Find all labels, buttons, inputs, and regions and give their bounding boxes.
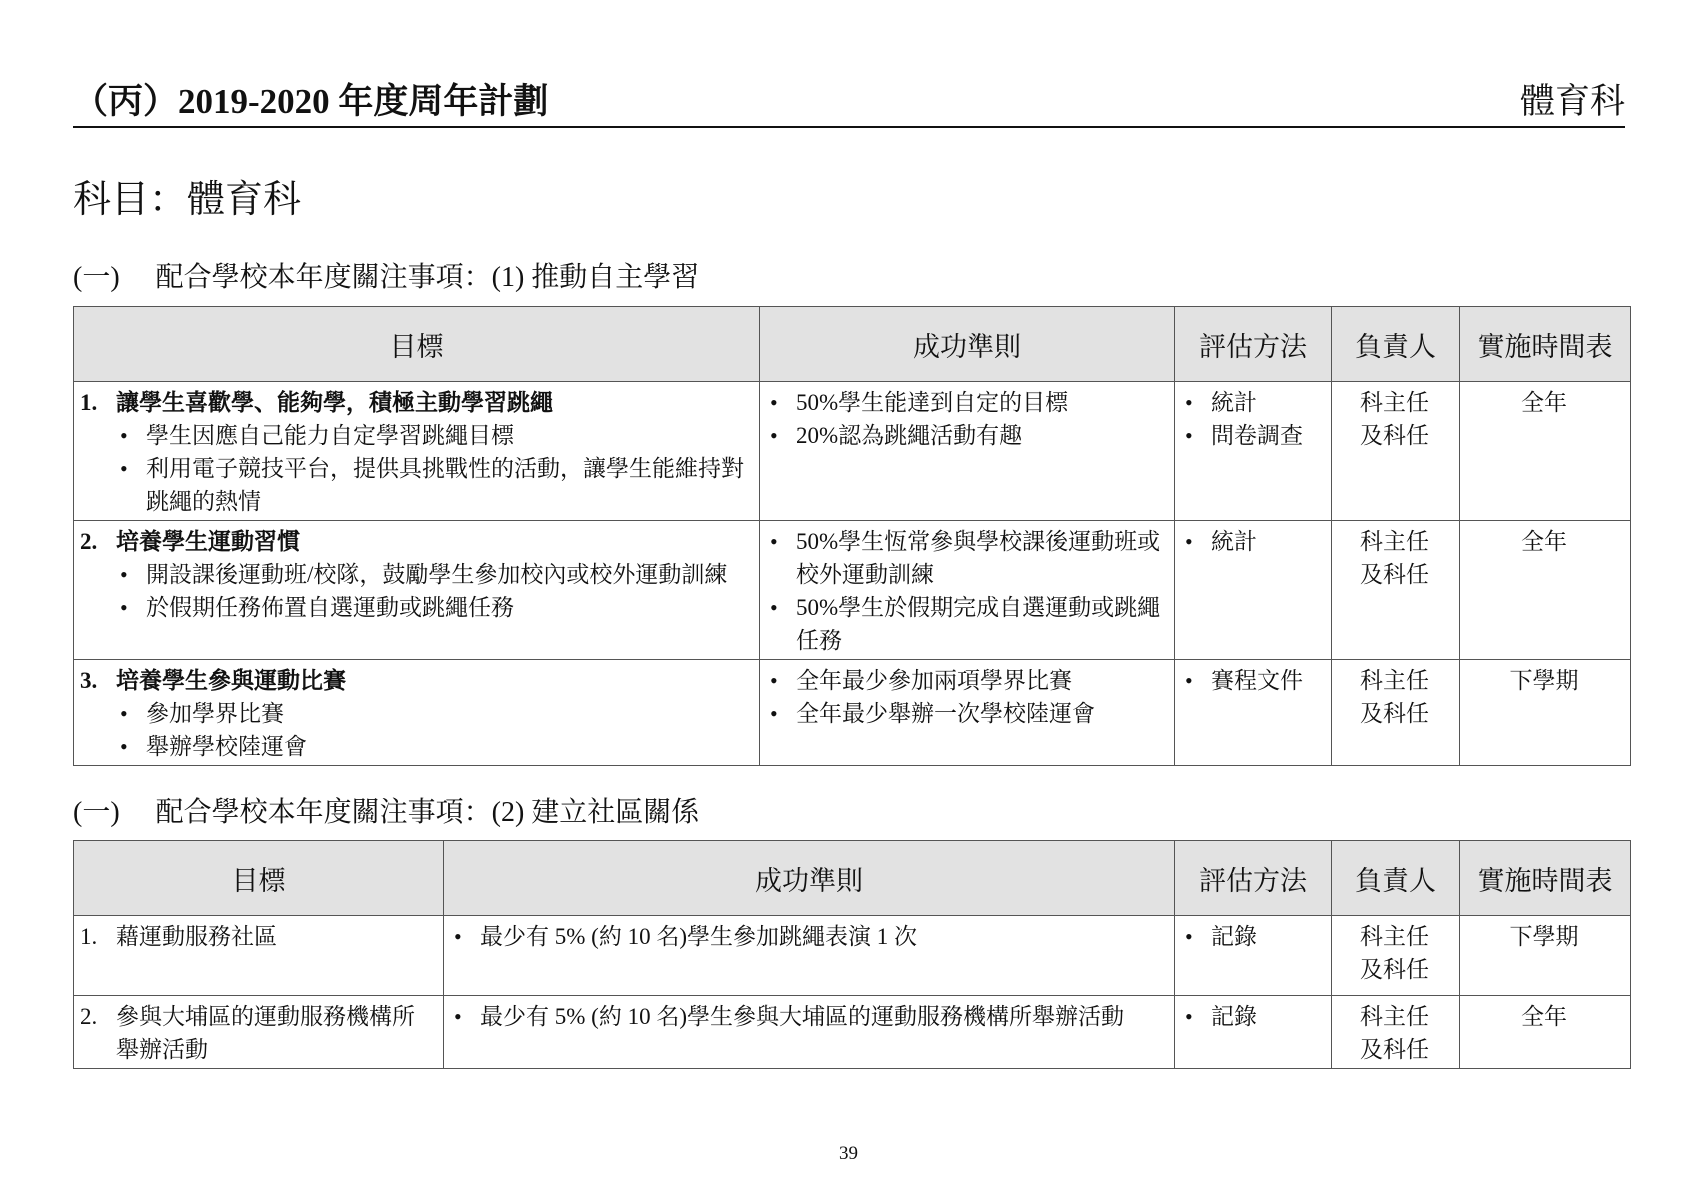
goal-point: 學生因應自己能力自定學習跳繩目標	[116, 419, 751, 452]
goal-cell: 2.參與大埔區的運動服務機構所舉辦活動	[74, 996, 444, 1069]
col-header-goal: 目標	[74, 841, 444, 916]
col-header-goal: 目標	[74, 307, 760, 382]
goal-point: 利用電子競技平台，提供具挑戰性的活動，讓學生能維持對跳繩的熱情	[116, 452, 751, 518]
goal-title: 培養學生運動習慣	[116, 525, 300, 558]
section-heading-1: (一) 配合學校本年度關注事項：(1) 推動自主學習	[73, 255, 699, 295]
goal-title: 參與大埔區的運動服務機構所舉辦活動	[116, 1000, 435, 1066]
col-header-criteria: 成功準則	[444, 841, 1175, 916]
responsible-cell: 科主任 及科任	[1332, 916, 1460, 996]
section-prefix: (一)	[73, 797, 120, 828]
section-title: 配合學校本年度關注事項：(1) 推動自主學習	[156, 262, 700, 293]
responsible-cell: 科主任 及科任	[1332, 521, 1460, 660]
page-header: （丙）2019-2020 年度周年計劃 體育科	[73, 86, 1625, 128]
col-header-evaluation: 評估方法	[1175, 841, 1332, 916]
table-header-row: 目標 成功準則 評估方法 負責人 實施時間表	[74, 307, 1631, 382]
criteria-cell: 最少有 5% (約 10 名)學生參與大埔區的運動服務機構所舉辦活動	[444, 996, 1175, 1069]
evaluation-cell: 統計	[1175, 521, 1332, 660]
section-heading-2: (一) 配合學校本年度關注事項：(2) 建立社區關係	[73, 790, 699, 830]
page-number: 39	[0, 1143, 1697, 1165]
goal-point: 開設課後運動班/校隊，鼓勵學生參加校內或校外運動訓練	[116, 558, 751, 591]
header-subject: 體育科	[1520, 74, 1625, 124]
section-title: 配合學校本年度關注事項：(2) 建立社區關係	[156, 797, 700, 828]
criteria-item: 全年最少參加兩項學界比賽	[766, 664, 1166, 697]
schedule-cell: 全年	[1460, 996, 1631, 1069]
table-row: 1.讓學生喜歡學、能夠學，積極主動學習跳繩 學生因應自己能力自定學習跳繩目標 利…	[74, 382, 1631, 521]
col-header-responsible: 負責人	[1332, 307, 1460, 382]
criteria-cell: 最少有 5% (約 10 名)學生參加跳繩表演 1 次	[444, 916, 1175, 996]
subject-line: 科目：體育科	[73, 168, 301, 223]
goal-cell: 1.讓學生喜歡學、能夠學，積極主動學習跳繩 學生因應自己能力自定學習跳繩目標 利…	[74, 382, 760, 521]
criteria-cell: 全年最少參加兩項學界比賽 全年最少舉辦一次學校陸運會	[760, 660, 1175, 766]
col-header-schedule: 實施時間表	[1460, 307, 1631, 382]
plan-table-1: 目標 成功準則 評估方法 負責人 實施時間表 1.讓學生喜歡學、能夠學，積極主動…	[73, 306, 1631, 766]
responsible-cell: 科主任 及科任	[1332, 996, 1460, 1069]
table-row: 2.參與大埔區的運動服務機構所舉辦活動 最少有 5% (約 10 名)學生參與大…	[74, 996, 1631, 1069]
evaluation-item: 記錄	[1181, 1000, 1323, 1033]
evaluation-cell: 賽程文件	[1175, 660, 1332, 766]
document-title: （丙）2019-2020 年度周年計劃	[73, 74, 548, 124]
table-header-row: 目標 成功準則 評估方法 負責人 實施時間表	[74, 841, 1631, 916]
col-header-responsible: 負責人	[1332, 841, 1460, 916]
criteria-item: 50%學生於假期完成自選運動或跳繩任務	[766, 591, 1166, 657]
goal-cell: 1.藉運動服務社區	[74, 916, 444, 996]
schedule-cell: 下學期	[1460, 660, 1631, 766]
table-row: 2.培養學生運動習慣 開設課後運動班/校隊，鼓勵學生參加校內或校外運動訓練 於假…	[74, 521, 1631, 660]
criteria-cell: 50%學生能達到自定的目標 20%認為跳繩活動有趣	[760, 382, 1175, 521]
goal-point: 參加學界比賽	[116, 697, 751, 730]
schedule-cell: 全年	[1460, 382, 1631, 521]
criteria-item: 全年最少舉辦一次學校陸運會	[766, 697, 1166, 730]
goal-point: 舉辦學校陸運會	[116, 730, 751, 763]
evaluation-cell: 記錄	[1175, 916, 1332, 996]
criteria-item: 20%認為跳繩活動有趣	[766, 419, 1166, 452]
evaluation-item: 賽程文件	[1181, 664, 1323, 697]
goal-cell: 3.培養學生參與運動比賽 參加學界比賽 舉辦學校陸運會	[74, 660, 760, 766]
schedule-cell: 全年	[1460, 521, 1631, 660]
section-prefix: (一)	[73, 262, 120, 293]
responsible-cell: 科主任 及科任	[1332, 382, 1460, 521]
col-header-criteria: 成功準則	[760, 307, 1175, 382]
goal-title: 藉運動服務社區	[116, 920, 277, 953]
criteria-cell: 50%學生恆常參與學校課後運動班或校外運動訓練 50%學生於假期完成自選運動或跳…	[760, 521, 1175, 660]
evaluation-cell: 記錄	[1175, 996, 1332, 1069]
col-header-schedule: 實施時間表	[1460, 841, 1631, 916]
criteria-item: 50%學生能達到自定的目標	[766, 386, 1166, 419]
schedule-cell: 下學期	[1460, 916, 1631, 996]
plan-table-2: 目標 成功準則 評估方法 負責人 實施時間表 1.藉運動服務社區 最少有 5% …	[73, 840, 1631, 1069]
goal-cell: 2.培養學生運動習慣 開設課後運動班/校隊，鼓勵學生參加校內或校外運動訓練 於假…	[74, 521, 760, 660]
criteria-item: 最少有 5% (約 10 名)學生參與大埔區的運動服務機構所舉辦活動	[450, 1000, 1166, 1033]
evaluation-item: 問卷調查	[1181, 419, 1323, 452]
responsible-cell: 科主任 及科任	[1332, 660, 1460, 766]
evaluation-item: 統計	[1181, 386, 1323, 419]
table-row: 3.培養學生參與運動比賽 參加學界比賽 舉辦學校陸運會 全年最少參加兩項學界比賽…	[74, 660, 1631, 766]
criteria-item: 最少有 5% (約 10 名)學生參加跳繩表演 1 次	[450, 920, 1166, 953]
goal-title: 培養學生參與運動比賽	[116, 664, 346, 697]
evaluation-cell: 統計 問卷調查	[1175, 382, 1332, 521]
col-header-evaluation: 評估方法	[1175, 307, 1332, 382]
goal-point: 於假期任務佈置自選運動或跳繩任務	[116, 591, 751, 624]
evaluation-item: 記錄	[1181, 920, 1323, 953]
goal-title: 讓學生喜歡學、能夠學，積極主動學習跳繩	[116, 386, 553, 419]
evaluation-item: 統計	[1181, 525, 1323, 558]
table-row: 1.藉運動服務社區 最少有 5% (約 10 名)學生參加跳繩表演 1 次 記錄…	[74, 916, 1631, 996]
criteria-item: 50%學生恆常參與學校課後運動班或校外運動訓練	[766, 525, 1166, 591]
